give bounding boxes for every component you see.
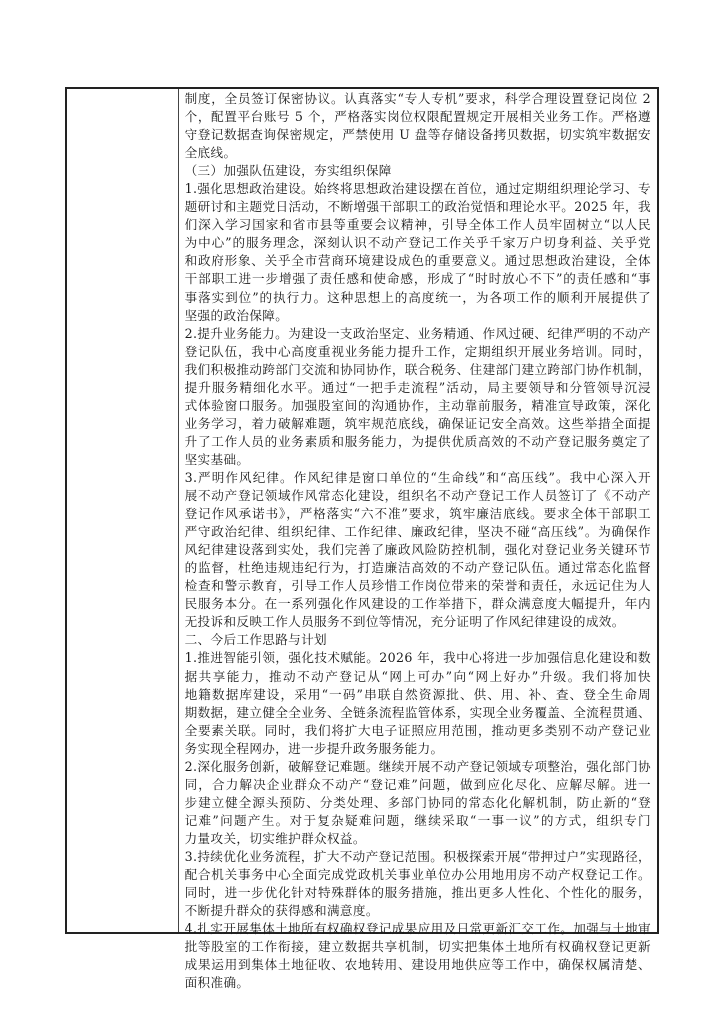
paragraph-line: 登记队伍，我中心高度重视业务能力提升工作，定期组织开展业务培训。同时， [185, 343, 651, 361]
paragraph-line: 业务学习，着力破解难题，筑牢规范底线，确保证记安全高效。这些举措全面提 [185, 415, 651, 433]
paragraph-line: 我们积极推动跨部门交流和协同协作，联合税务、住建部门建立跨部门协作机制， [185, 361, 651, 379]
table-label-cell [67, 89, 179, 932]
paragraph-line: 记难”问题产生。对于复杂疑难问题，继续采取“一事一议”的方式，组织专门 [185, 812, 651, 830]
paragraph-line: 提升服务精细化水平。通过“一把手走流程”活动，局主要领导和分管领导沉浸 [185, 379, 651, 397]
paragraph-line: 成果运用到集体土地征收、农地转用、建设用地供应等工作中，确保权属清楚、 [185, 956, 651, 974]
paragraph-line: 严守政治纪律、组织纪律、工作纪律、廉政纪律，坚决不碰“高压线”。为确保作 [185, 523, 651, 541]
paragraph-line: 式体验窗口服务。加强股室间的沟通协作，主动靠前服务，精准宣导政策，深化 [185, 397, 651, 415]
paragraph-line: 期数据，建立健全全业务、全链条流程监管体系，实现全业务覆盖、全流程贯通、 [185, 704, 651, 722]
paragraph-line: 2.深化服务创新，破解登记难题。继续开展不动产登记领域专项整治，强化部门协 [185, 758, 651, 776]
paragraph-line: 1.强化思想政治建设。始终将思想政治建设摆在首位，通过定期组织理论学习、专 [185, 180, 651, 198]
paragraph-line: 地籍数据库建设，采用“一码”串联自然资源批、供、用、补、查、登全生命周 [185, 686, 651, 704]
paragraph-line: 守登记数据查询保密规定，严禁使用 U 盘等存储设备拷贝数据，切实筑牢数据安 [185, 126, 651, 144]
paragraph-line: 题研讨和主题党日活动，不断增强干部职工的政治觉悟和理论水平。2025 年，我 [185, 198, 651, 216]
paragraph-line: 事落实到位”的执行力。这种思想上的高度统一，为各项工作的顺利开展提供了 [185, 289, 651, 307]
table-content-cell: 制度，全员签订保密协议。认真落实“专人专机”要求，科学合理设置登记岗位 2个，配… [179, 89, 657, 932]
paragraph-line: 同，合力解决企业群众不动产“登记难”问题，做到应化尽化、应解尽解。进一 [185, 776, 651, 794]
paragraph-line: 坚强的政治保障。 [185, 307, 651, 325]
paragraph-line: 和政府形象、关乎全市营商环境建设成色的重要意义。通过思想政治建设，全体 [185, 252, 651, 270]
report-table: 制度，全员签订保密协议。认真落实“专人专机”要求，科学合理设置登记岗位 2个，配… [65, 87, 659, 934]
paragraph-line: 3.持续优化业务流程，扩大不动产登记范围。积极探索开展“带押过户”实现路径， [185, 848, 651, 866]
paragraph-line: 们深入学习国家和省市县等重要会议精神，引导全体工作人员牢固树立“以人民 [185, 216, 651, 234]
paragraph-line: 干部职工进一步增强了责任感和使命感，形成了“时时放心不下”的责任感和“事 [185, 270, 651, 288]
paragraph-line: 个，配置平台账号 5 个，严格落实岗位权限配置规定开展相关业务工作。严格遵 [185, 108, 651, 126]
paragraph-line: 1.推进智能引领，强化技术赋能。2026 年，我中心将进一步加强信息化建设和数 [185, 649, 651, 667]
paragraph-line: 2.提升业务能力。为建设一支政治坚定、业务精通、作风过硬、纪律严明的不动产 [185, 325, 651, 343]
paragraph-line: 的监督，杜绝违规违纪行为，打造廉洁高效的不动产登记队伍。通过常态化监督 [185, 559, 651, 577]
paragraph-line: 二、今后工作思路与计划 [185, 631, 651, 649]
paragraph-line: 配合机关事务中心全面完成党政机关事业单位办公用地用房不动产权登记工作。 [185, 866, 651, 884]
document-page: 制度，全员签订保密协议。认真落实“专人专机”要求，科学合理设置登记岗位 2个，配… [0, 0, 724, 1024]
paragraph-line: 批等股室的工作衔接，建立数据共享机制，切实把集体土地所有权确权登记更新 [185, 938, 651, 956]
paragraph-line: 步建立健全源头预防、分类处理、多部门协同的常态化化解机制，防止新的“登 [185, 794, 651, 812]
paragraph-line: 面积准确。 [185, 974, 651, 992]
paragraph-line: 为中心”的服务理念，深刻认识不动产登记工作关乎千家万户切身利益、关乎党 [185, 234, 651, 252]
paragraph-line: 民服务本分。在一系列强化作风建设的工作举措下，群众满意度大幅提升，年内 [185, 595, 651, 613]
paragraph-line: 不断提升群众的获得感和满意度。 [185, 902, 651, 920]
paragraph-line: 登记作风承诺书》，严格落实“六不准”要求，筑牢廉洁底线。要求全体干部职工 [185, 505, 651, 523]
paragraph-line: 展不动产登记领域作风常态化建设，组织名不动产登记工作人员签订了《不动产 [185, 487, 651, 505]
paragraph-line: 4.扎实开展集体土地所有权确权登记成果应用及日常更新汇交工作。加强与土地审 [185, 920, 651, 938]
paragraph-line: 3.严明作风纪律。作风纪律是窗口单位的“生命线”和“高压线”。我中心深入开 [185, 469, 651, 487]
paragraph-line: 检查和警示教育，引导工作人员珍惜工作岗位带来的荣誉和责任，永远记住为人 [185, 577, 651, 595]
paragraph-line: 风纪律建设落到实处，我们完善了廉政风险防控机制，强化对登记业务关键环节 [185, 541, 651, 559]
paragraph-line: 力量攻关，切实维护群众权益。 [185, 830, 651, 848]
paragraph-line: 制度，全员签订保密协议。认真落实“专人专机”要求，科学合理设置登记岗位 2 [185, 90, 651, 108]
paragraph-line: 升了工作人员的业务素质和服务能力，为提供优质高效的不动产登记服务奠定了 [185, 433, 651, 451]
paragraph-line: 全要素关联。同时，我们将扩大电子证照应用范围，推动更多类别不动产登记业 [185, 722, 651, 740]
paragraph-line: 全底线。 [185, 144, 651, 162]
paragraph-line: 坚实基础。 [185, 451, 651, 469]
paragraph-line: 无投诉和反映工作人员服务不到位等情况，充分证明了作风纪律建设的成效。 [185, 613, 651, 631]
paragraph-line: 务实现全程网办，进一步提升政务服务能力。 [185, 740, 651, 758]
paragraph-line: 同时，进一步优化针对特殊群体的服务措施，推出更多人性化、个性化的服务， [185, 884, 651, 902]
paragraph-line: 据共享能力，推动不动产登记从“网上可办”向“网上好办”升级。我们将加快 [185, 668, 651, 686]
paragraph-line: （三）加强队伍建设，夯实组织保障 [185, 162, 651, 180]
